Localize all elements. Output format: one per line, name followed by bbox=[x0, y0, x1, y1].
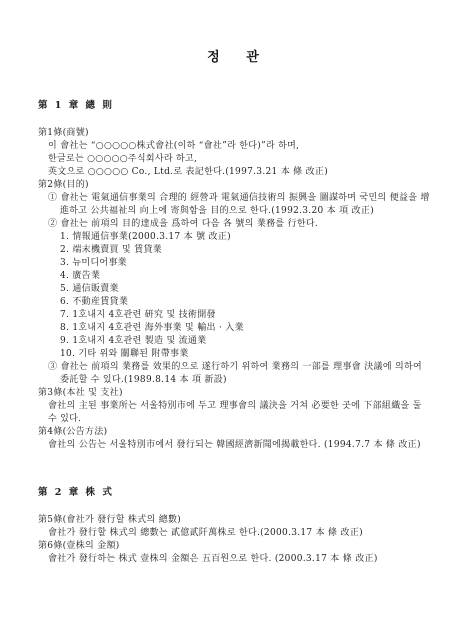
business-item-8: 8. 1호내지 4호관련 海外事業 및 輸出 · 入業 bbox=[60, 322, 428, 335]
article-2-heading: 第2條(目的) bbox=[38, 179, 428, 192]
chapter-1-heading: 第 1 章 總 則 bbox=[38, 97, 428, 111]
chapter-2-heading: 第 2 章 株 式 bbox=[38, 484, 428, 498]
article-6-line: 會社가 發行하는 株式 壹株의 金額은 五百원으로 한다. (2000.3.17… bbox=[48, 553, 428, 566]
article-5-heading: 第5條(會社가 發行할 株式의 總數) bbox=[38, 514, 428, 527]
document-page: 정 관 第 1 章 總 則 第1條(商號) 이 會社는 “○○○○○株式會社(이… bbox=[0, 0, 450, 636]
article-2-para-3: 委託할 수 있다.(1989.8.14 本 項 新設) bbox=[60, 374, 428, 387]
chapter-1-body: 第1條(商號) 이 會社는 “○○○○○株式會社(이하 “會社”라 한다)”라 … bbox=[38, 127, 428, 452]
article-2-para-2: ② 會社는 前項의 目的達成을 爲하여 다음 各 號의 業務를 行한다. bbox=[48, 218, 428, 231]
article-1-heading: 第1條(商號) bbox=[38, 127, 428, 140]
article-1-line: 한글로는 ○○○○○주식회사라 하고, bbox=[48, 153, 428, 166]
article-2-para-1: 進하고 公共福祉의 向上에 寄與함을 目的으로 한다.(1992.3.20 本 … bbox=[60, 205, 428, 218]
chapter-2-body: 第5條(會社가 發行할 株式의 總數) 會社가 發行할 株式의 總數는 貳億貳阡… bbox=[38, 514, 428, 566]
article-3-line: 會社의 主된 事業所는 서울特別市에 두고 理事會의 議決을 거쳐 必要한 곳에… bbox=[48, 400, 428, 413]
business-item-3: 3. 뉴미디어事業 bbox=[60, 257, 428, 270]
business-item-2: 2. 端末機賣買 및 賃貸業 bbox=[60, 244, 428, 257]
article-3-heading: 第3條(本社 및 支社) bbox=[38, 387, 428, 400]
business-item-1: 1. 情報通信事業(2000.3.17 本 號 改正) bbox=[60, 231, 428, 244]
article-6-heading: 第6條(壹株의 金額) bbox=[38, 540, 428, 553]
business-item-4: 4. 廣告業 bbox=[60, 270, 428, 283]
business-item-9: 9. 1호내지 4호관련 製造 및 流通業 bbox=[60, 335, 428, 348]
business-item-5: 5. 通信販賣業 bbox=[60, 283, 428, 296]
article-4-heading: 第4條(公告方法) bbox=[38, 426, 428, 439]
business-item-10: 10. 기타 위와 關聯된 附帶事業 bbox=[60, 348, 428, 361]
article-5-line: 會社가 發行할 株式의 總數는 貳億貳阡萬株로 한다.(2000.3.17 本 … bbox=[48, 527, 428, 540]
business-item-7: 7. 1호내지 4호관련 硏究 및 技術開發 bbox=[60, 309, 428, 322]
document-title: 정 관 bbox=[38, 46, 428, 65]
business-item-6: 6. 不動産賃貸業 bbox=[60, 296, 428, 309]
article-4-line: 會社의 公告는 서울特別市에서 發行되는 韓國經濟新聞에揭載한다. (1994.… bbox=[48, 439, 428, 452]
article-1-line: 英文으로 ○○○○○ Co., Ltd.로 表記한다.(1997.3.21 本 … bbox=[48, 166, 428, 179]
article-2-para-1: ① 會社는 電氣通信事業의 合理的 經營과 電氣通信技術의 振興을 圖謀하며 국… bbox=[48, 192, 428, 205]
article-3-line: 수 있다. bbox=[48, 413, 428, 426]
article-1-line: 이 會社는 “○○○○○株式會社(이하 “會社”라 한다)”라 하며, bbox=[48, 140, 428, 153]
article-2-para-3: ③ 會社는 前項의 業務를 效果的으로 遂行하기 위하여 業務의 一部를 理事會… bbox=[48, 361, 428, 374]
